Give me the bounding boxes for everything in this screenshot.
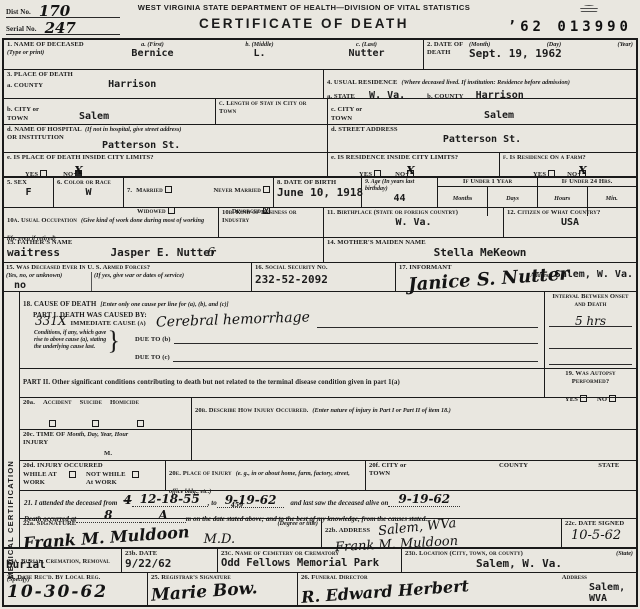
- injury-state-label: STATE: [598, 462, 619, 489]
- last-name-label: c. (Last): [313, 41, 420, 48]
- field-place-of-injury: 20e. Place of Injury (e. g., in or about…: [166, 461, 366, 490]
- field-ssn: 16. Social Security No. 232-52-2092: [252, 263, 396, 291]
- interval-column-header: Interval Between Onset and Death: [544, 292, 636, 311]
- field-physician-address: 22b. ADDRESS Salem, WVa Frank M. Muldoon: [322, 519, 562, 547]
- cemetery-value: Odd Fellows Memorial Park: [221, 558, 398, 570]
- field-citizen: 12. Citizen of What Country? USA: [504, 208, 636, 237]
- header-stamp: ’62 013990: [488, 0, 638, 38]
- field-residence-farm: f. Is Residence On a Farm? YES NOX: [500, 153, 636, 176]
- funeral-director-label: 26. Funeral Director: [301, 574, 368, 582]
- attended-scratch: 4: [123, 493, 131, 507]
- interval-c-cell: [544, 352, 636, 368]
- field-burial-type: 23a. Burial, Cremation, Removal (Specify…: [4, 549, 122, 572]
- time-of-injury-note: Month, Day, Year, Hour: [67, 431, 128, 438]
- never-married-label: Never Married: [213, 187, 261, 194]
- department-line: WEST VIRGINIA STATE DEPARTMENT OF HEALTH…: [120, 3, 488, 12]
- field-informant: 17. INFORMANT Address Salem, W. Va. Jani…: [396, 263, 636, 291]
- mother-value: Stella MeKeown: [327, 247, 633, 259]
- conditions-note: Conditions, if any, which gave rise to a…: [34, 330, 108, 351]
- row-hospital-street: d. NAME OF HOSPITAL OR INSTITUTION (If n…: [4, 125, 636, 153]
- hours-label: Hours: [554, 195, 570, 202]
- field-color-race: 6. Color or Race W: [54, 178, 124, 207]
- time-of-injury-label: 20c. TIME OF INJURY: [23, 431, 67, 447]
- hospital-value: Patterson St.: [102, 140, 324, 151]
- certificate-title: CERTIFICATE OF DEATH: [120, 16, 488, 31]
- field-date-of-birth: 8. DATE OF BIRTH June 10, 1918: [274, 178, 362, 207]
- married-label: Married: [136, 187, 163, 194]
- date-of-death-label: 2. DATE OF DEATH: [427, 41, 469, 68]
- interval-label: Interval Between Onset and Death: [548, 293, 633, 309]
- age-value: 44: [365, 193, 434, 204]
- field-name-of-deceased: 1. NAME OF DECEASED (Type or print) a. (…: [4, 40, 424, 69]
- field-date-of-death: 2. DATE OF DEATH (Month) (Day) (Year) Se…: [424, 40, 636, 69]
- due-to-b-line: [174, 336, 538, 344]
- field-burial-location: 23d. Location (City, town, or county) (S…: [402, 549, 636, 572]
- attended-to-value: 9-19-62: [217, 493, 285, 508]
- row-due-to-c: DUE TO (c): [20, 352, 636, 369]
- row-city: b. CITY or TOWN Salem c. Length of Stay …: [4, 99, 636, 125]
- residence-city-value: Salem: [484, 110, 514, 121]
- residence-limits-yes-checkbox: [374, 170, 381, 177]
- death-limits-no-mark: X: [74, 164, 83, 177]
- serial-no-value: 247: [45, 22, 76, 34]
- interval-b-cell: [544, 328, 636, 352]
- middle-name-label: b. (Middle): [206, 41, 313, 48]
- ssn-label: 16. Social Security No.: [255, 264, 392, 272]
- field-father-name: 13. FATHER'S NAME Jasper E. Nutter: [4, 238, 324, 262]
- field-usual-residence: 4. USUAL RESIDENCE (Where deceased lived…: [324, 70, 636, 98]
- field-under-1-year: If Under 1 Year Months Days: [438, 178, 538, 207]
- degree-note: (Degree or title): [277, 520, 318, 528]
- attended-correction: 459: [231, 502, 244, 509]
- field-date-received: 24. Date Rec'd. By Local Reg. 10-30-62: [4, 573, 148, 605]
- field-date-signed: 22c. DATE SIGNED 10-5-62: [562, 519, 636, 547]
- field-attended: 21. I attended the deceased from 4 12-18…: [20, 491, 636, 518]
- injury-city-label: 20f. CITY or TOWN: [369, 462, 409, 489]
- months-label: Months: [453, 195, 473, 202]
- name-label: 1. NAME OF DECEASED: [7, 41, 99, 49]
- place-of-injury-label: 20e. Place of Injury: [169, 470, 232, 477]
- header-numbers: Dist No.170 Serial No.247: [2, 0, 120, 38]
- farm-no-checkbox: X: [579, 170, 586, 177]
- occupation-label: 10a. Usual Occupation: [7, 217, 77, 224]
- birthplace-value: W. Va.: [327, 217, 500, 228]
- f20a-num: 20a.: [23, 399, 35, 407]
- length-of-stay-label: c. Length of Stay in City or Town: [219, 100, 324, 116]
- field-death-inside-limits: e. IS PLACE OF DEATH INSIDE CITY LIMITS?…: [4, 153, 328, 176]
- field-armed-forces: 15. Was Deceased Ever In U. S. Armed For…: [4, 263, 252, 291]
- row-sex-race-marital: 5. SEX F 6. Color or Race W 7. Married N…: [4, 178, 636, 208]
- injury-occurred-label: 20b. Describe How Injury Occurred.: [195, 407, 308, 414]
- field-cemetery: 23c. Name of Cemetery or Crematory Odd F…: [218, 549, 402, 572]
- attended-text-3: and last saw the deceased alive on: [290, 499, 388, 507]
- place-of-death-label: 3. PLACE OF DEATH: [7, 71, 320, 79]
- injury-occurred-note: (Enter nature of injury in Part I or Par…: [312, 407, 450, 414]
- armed-forces-note2: (If yes, give war or dates of service): [92, 272, 186, 290]
- field-time-of-injury: 20c. TIME OF INJURY Month, Day, Year, Ho…: [20, 430, 192, 460]
- header-titles: WEST VIRGINIA STATE DEPARTMENT OF HEALTH…: [120, 0, 488, 38]
- signature-label: 22a. SIGNATURE: [23, 520, 76, 528]
- due-to-c-line: [173, 354, 538, 362]
- field-length-of-stay: c. Length of Stay in City or Town: [216, 99, 328, 124]
- due-to-b-label: DUE TO (b): [135, 336, 171, 344]
- row-registrar: 24. Date Rec'd. By Local Reg. 10-30-62 2…: [4, 573, 636, 605]
- row-place-residence: 3. PLACE OF DEATH a. COUNTY Harrison 4. …: [4, 70, 636, 99]
- date-signed-value: 10-5-62: [571, 528, 633, 543]
- field-funeral-director: 26. Funeral Director Address R. Edward H…: [298, 573, 636, 605]
- serial-no-label: Serial No.: [6, 25, 37, 34]
- funeral-director-address-value: Salem, WVA: [589, 582, 633, 604]
- cause-of-death-note: [Enter only one cause per line for (a), …: [100, 301, 228, 308]
- dob-value: June 10, 1918: [277, 187, 358, 199]
- farm-no-mark: X: [578, 164, 587, 177]
- location-value: Salem, W. Va.: [405, 558, 633, 570]
- death-city-value: Salem: [79, 111, 109, 122]
- field-occupation: 10a. Usual Occupation (Give kind of work…: [4, 208, 219, 237]
- under-24-label: If Under 24 Hrs.: [538, 178, 636, 187]
- field-autopsy: 19. Was Autopsy Performed? YES NO: [544, 369, 636, 397]
- meridiem-label: M.: [104, 450, 112, 458]
- location-state-note: (State): [616, 550, 633, 558]
- farm-label: f. Is Residence On a Farm?: [503, 154, 633, 162]
- field-sex: 5. SEX F: [4, 178, 54, 207]
- field-residence-city: c. CITY or TOWN Salem: [328, 99, 636, 124]
- attended-text-2: , to: [208, 499, 217, 507]
- dist-no-label: Dist No.: [6, 8, 31, 17]
- injury-occurred-while-label: 20d. INJURY OCCURRED: [23, 462, 162, 470]
- attended-text-1: 21. I attended the deceased from: [24, 499, 117, 507]
- usual-residence-label: 4. USUAL RESIDENCE: [327, 79, 398, 86]
- ssn-value: 232-52-2092: [255, 274, 392, 286]
- usual-residence-note: (Where deceased lived. If institution: R…: [402, 79, 570, 86]
- first-name-value: Bernice: [99, 48, 206, 59]
- never-married-checkbox: [263, 186, 270, 193]
- stamp-emblem-icon: [580, 5, 598, 14]
- injury-county-label: COUNTY: [499, 462, 528, 489]
- street-address-value: Patterson St.: [331, 134, 633, 145]
- row-accident-injury: 20a. Accident Suicide Homicide 20b. Desc: [20, 398, 636, 430]
- marital-num: 7.: [127, 187, 132, 194]
- row-occupation: 10a. Usual Occupation (Give kind of work…: [4, 208, 636, 238]
- death-limits-label: e. IS PLACE OF DEATH INSIDE CITY LIMITS?: [7, 154, 324, 162]
- field-under-24-hrs: If Under 24 Hrs. Hours Min.: [538, 178, 636, 207]
- business-label: 10b. Kind of Business or Industry: [222, 209, 320, 225]
- row-city-limits: e. IS PLACE OF DEATH INSIDE CITY LIMITS?…: [4, 153, 636, 178]
- name-note: (Type or print): [7, 49, 99, 56]
- field-injury-at-work: 20d. INJURY OCCURRED WHILE AT WORK NOT W…: [20, 461, 166, 490]
- hospital-label: d. NAME OF HOSPITAL OR INSTITUTION: [7, 126, 85, 142]
- while-at-work-checkbox: [69, 471, 76, 478]
- row-physician-signature: 22a. SIGNATURE (Degree or title) Frank M…: [20, 519, 636, 547]
- field-marital-status: 7. Married Never Married Widowed Divorce…: [124, 178, 274, 207]
- field-physician-signature: 22a. SIGNATURE (Degree or title) Frank M…: [20, 519, 322, 547]
- armed-forces-note1: (Yes, no, or unknown): [6, 272, 89, 279]
- residence-limits-label: e. IS RESIDENCE INSIDE CITY LIMITS?: [331, 154, 496, 162]
- days-label: Days: [506, 195, 519, 202]
- father-value: Jasper E. Nutter: [7, 247, 320, 259]
- row-place-of-injury: 20d. INJURY OCCURRED WHILE AT WORK NOT W…: [20, 461, 636, 491]
- middle-name-value: L.: [206, 48, 313, 59]
- death-city-label: b. CITY or TOWN: [7, 106, 41, 122]
- form-grid: 1. NAME OF DECEASED (Type or print) a. (…: [2, 38, 638, 607]
- age-label: 9. Age (In years last birthday): [365, 179, 434, 193]
- field-injury-city: 20f. CITY or TOWN COUNTY STATE: [366, 461, 636, 490]
- race-label: 6. Color or Race: [57, 179, 120, 187]
- row-forces-ssn-informant: 15. Was Deceased Ever In U. S. Armed For…: [4, 263, 636, 292]
- accident-label: Accident: [43, 399, 72, 407]
- residence-limits-no-mark: X: [406, 164, 415, 177]
- certificate-number-stamp: ’62 013990: [488, 19, 632, 35]
- cause-code-handwritten: 331X: [35, 314, 66, 328]
- race-value: W: [57, 187, 120, 198]
- residence-limits-no-checkbox: X: [407, 170, 414, 177]
- row-time-of-injury: 20c. TIME OF INJURY Month, Day, Year, Ho…: [20, 430, 636, 461]
- autopsy-label: 19. Was Autopsy Performed?: [548, 370, 633, 386]
- cause-a-line: [317, 316, 538, 328]
- field-hospital: d. NAME OF HOSPITAL OR INSTITUTION (If n…: [4, 125, 328, 152]
- county-value: Harrison: [108, 79, 156, 90]
- burial-value: burial: [6, 559, 46, 571]
- citizen-value: USA: [507, 217, 633, 228]
- date-received-value: 10-30-62: [7, 582, 144, 602]
- registrar-signature-value: Marie Bow.: [150, 578, 258, 605]
- row-burial: 23a. Burial, Cremation, Removal (Specify…: [4, 549, 636, 573]
- suicide-label: Suicide: [80, 399, 102, 407]
- last-name-value: Nutter: [313, 48, 420, 59]
- homicide-checkbox: [137, 420, 144, 427]
- accident-checkbox: [49, 420, 56, 427]
- field-accident-suicide-homicide: 20a. Accident Suicide Homicide: [20, 398, 192, 429]
- farm-yes-checkbox: [548, 170, 555, 177]
- min-label: Min.: [606, 195, 618, 202]
- physician-degree-value: M.D.: [204, 532, 236, 547]
- not-while-at-work-label: NOT WHILE At WORK: [86, 471, 130, 487]
- due-to-c-label: DUE TO (c): [135, 354, 170, 362]
- physician-address-label: 22b. ADDRESS: [325, 527, 370, 535]
- field-business-industry: 10b. Kind of Business or Industry: [219, 208, 324, 237]
- conditions-brace: }: [108, 328, 120, 354]
- medical-certification-strip: MEDICAL CERTIFICATION: [4, 292, 20, 547]
- field-age: 9. Age (In years last birthday) 44: [362, 178, 438, 207]
- row-name-date: 1. NAME OF DECEASED (Type or print) a. (…: [4, 40, 636, 70]
- death-limits-yes-checkbox: [40, 170, 47, 177]
- date-received-label: 24. Date Rec'd. By Local Reg.: [7, 574, 144, 582]
- suicide-checkbox: [92, 420, 99, 427]
- field-street-address: d. STREET ADDRESS Patterson St.: [328, 125, 636, 152]
- date-signed-label: 22c. DATE SIGNED: [565, 520, 633, 528]
- homicide-label: Homicide: [110, 399, 139, 407]
- not-while-at-work-checkbox: [132, 471, 139, 478]
- sex-label: 5. SEX: [7, 179, 50, 187]
- married-checkbox: [165, 186, 172, 193]
- field-death-city: b. CITY or TOWN Salem: [4, 99, 216, 124]
- header: Dist No.170 Serial No.247 WEST VIRGINIA …: [2, 0, 638, 38]
- field-residence-inside-limits: e. IS RESIDENCE INSIDE CITY LIMITS? YES …: [328, 153, 500, 176]
- field-birthplace: 11. Birthplace (State or foreign country…: [324, 208, 504, 237]
- row-part2-autopsy: PART II. Other significant conditions co…: [20, 369, 636, 398]
- death-limits-no-checkbox: X: [75, 170, 82, 177]
- hospital-note: (If not in hospital, give street address…: [85, 126, 181, 133]
- field-registrar-signature: 25. Registrar's Signature Marie Bow.: [148, 573, 298, 605]
- attended-alive-value: 9-19-62: [388, 492, 460, 507]
- cause-of-death-label: 18. CAUSE OF DEATH: [23, 300, 96, 308]
- residence-city-label: c. CITY or TOWN: [331, 106, 365, 122]
- row-due-to-b: Conditions, if any, which gave rise to a…: [20, 328, 636, 352]
- time-of-injury-open-area: [192, 430, 636, 460]
- row-parents: 13. FATHER'S NAME Jasper E. Nutter 14. M…: [4, 238, 636, 263]
- burial-date-value: 9/22/62: [125, 558, 214, 570]
- armed-forces-label: 15. Was Deceased Ever In U. S. Armed For…: [4, 263, 251, 272]
- county-label: a. COUNTY: [7, 82, 43, 90]
- part2-label: PART II. Other significant conditions co…: [23, 379, 400, 386]
- field-how-injury-occurred: 20b. Describe How Injury Occurred. (Ente…: [192, 398, 636, 429]
- birthplace-label: 11. Birthplace (State or foreign country…: [327, 209, 500, 217]
- while-at-work-label: WHILE AT WORK: [23, 471, 67, 487]
- funeral-director-address-label: Address: [562, 574, 587, 582]
- medical-certification-block: MEDICAL CERTIFICATION 18. CAUSE OF DEATH…: [4, 292, 636, 549]
- year-label: (Year): [618, 41, 633, 48]
- sex-value: F: [7, 187, 50, 198]
- field-burial-date: 23b. DATE 9/22/62: [122, 549, 218, 572]
- row-cause-header: 18. CAUSE OF DEATH [Enter only one cause…: [20, 292, 636, 311]
- row-attended-statement: 21. I attended the deceased from 4 12-18…: [20, 491, 636, 519]
- field-mother-name: 14. MOTHER'S MAIDEN NAME Stella MeKeown: [324, 238, 636, 262]
- under-1-year-label: If Under 1 Year: [438, 178, 537, 187]
- dist-no-value: 170: [39, 5, 70, 17]
- death-certificate-scan: Dist No.170 Serial No.247 WEST VIRGINIA …: [0, 0, 640, 609]
- attended-from-value: 12-18-55: [132, 492, 208, 507]
- citizen-label: 12. Citizen of What Country?: [507, 209, 633, 217]
- armed-forces-value: no: [14, 280, 89, 291]
- street-address-label: d. STREET ADDRESS: [331, 126, 633, 134]
- interval-value-cell: 5 hrs: [544, 311, 636, 328]
- field-place-of-death-county: 3. PLACE OF DEATH a. COUNTY Harrison: [4, 70, 324, 98]
- date-of-death-value: Sept. 19, 1962: [469, 48, 633, 60]
